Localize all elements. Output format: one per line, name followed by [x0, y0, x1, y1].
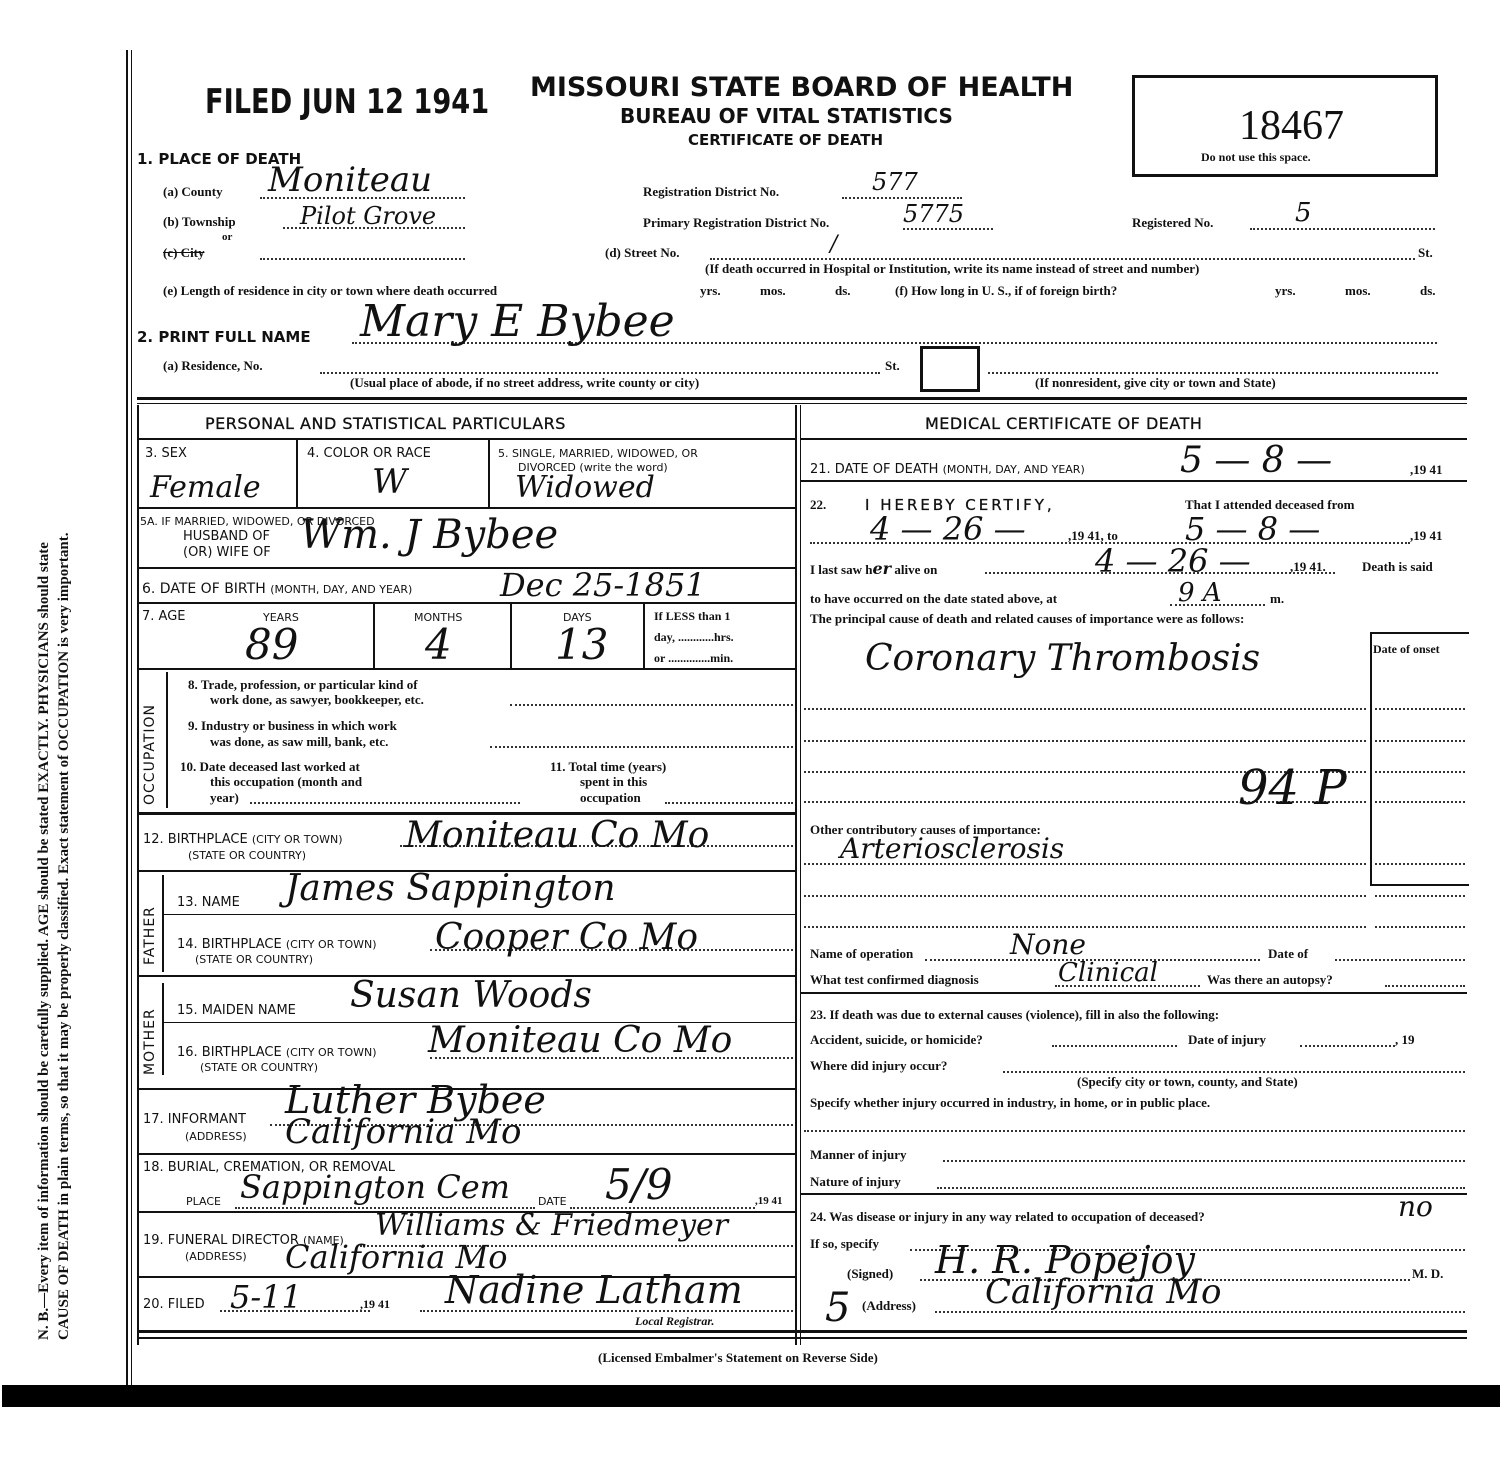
residence-mos: mos. [760, 283, 786, 299]
residence-yrs: yrs. [700, 283, 721, 299]
primary-registration-value[interactable]: 5775 [903, 200, 964, 228]
street-line [710, 258, 1415, 260]
main-top-rule [137, 397, 1467, 400]
md-label: M. D. [1412, 1266, 1443, 1282]
bottom-black-band [2, 1385, 1500, 1407]
m-label: m. [1270, 591, 1284, 607]
divider [373, 604, 375, 668]
operation-label: Name of operation [810, 946, 913, 962]
date-onset-column [1370, 632, 1469, 886]
informant-address-label: (ADDRESS) [185, 1130, 247, 1143]
nature-line[interactable] [937, 1187, 1465, 1189]
operation-date-label: Date of [1268, 946, 1308, 962]
rule [137, 1153, 795, 1155]
last-saw-label: I last saw her alive on [810, 559, 937, 578]
dod-value[interactable]: 5 — 8 — [1180, 440, 1332, 481]
age-years-value[interactable]: 89 [245, 620, 298, 669]
rule [801, 438, 1467, 440]
center-divider-2 [800, 405, 801, 1345]
q24-label: 24. Was disease or injury in any way rel… [810, 1209, 1205, 1225]
other-cause-line-2 [804, 895, 1366, 897]
foreign-yrs: yrs. [1275, 283, 1296, 299]
cause-line-2 [804, 740, 1366, 742]
full-name-value[interactable]: Mary E Bybee [360, 296, 675, 347]
less-than-min: or ..............min. [654, 651, 733, 666]
q10-label-3: year) [210, 790, 239, 806]
dod-label: 21. DATE OF DEATH (MONTH, DAY, AND YEAR) [810, 462, 1085, 477]
attended-from-value[interactable]: 4 — 26 — [870, 510, 1026, 548]
mother-side-label: MOTHER [142, 1008, 158, 1075]
onset-line-6 [1375, 895, 1465, 897]
registration-district-value[interactable]: 577 [872, 168, 918, 196]
q9-line[interactable] [490, 746, 793, 748]
embalmer-note: (Licensed Embalmer's Statement on Revers… [598, 1350, 878, 1366]
occupation-side-label: OCCUPATION [142, 704, 158, 805]
registrar-value[interactable]: Nadine Latham [445, 1268, 743, 1312]
q10-label-1: 10. Date deceased last worked at [180, 759, 360, 775]
registered-no-line [1250, 228, 1435, 230]
q23-label: 23. If death was due to external causes … [810, 1007, 1219, 1023]
filed-label: 20. FILED [143, 1297, 205, 1312]
informant-address-value[interactable]: California Mo [285, 1112, 521, 1152]
left-border-inner [131, 50, 132, 1390]
age-label: 7. AGE [142, 609, 186, 624]
rule [137, 507, 795, 509]
street-value[interactable]: / [830, 232, 837, 257]
marital-value[interactable]: Widowed [515, 470, 655, 505]
nonresident-note: (If nonresident, give city or town and S… [1035, 375, 1276, 391]
onset-line-5 [1375, 863, 1465, 865]
rule [801, 1193, 1467, 1195]
mother-birthplace-sub: (STATE OR COUNTRY) [200, 1061, 318, 1074]
medical-heading: MEDICAL CERTIFICATE OF DEATH [925, 414, 1202, 433]
q22-number: 22. [810, 497, 826, 513]
father-birthplace-label: 14. BIRTHPLACE (CITY OR TOWN) [177, 937, 377, 952]
onset-line-4 [1375, 801, 1465, 803]
bottom-rule-2 [137, 1337, 1467, 1339]
accident-label: Accident, suicide, or homicide? [810, 1032, 983, 1048]
spouse-label-2: HUSBAND OF [183, 529, 270, 544]
spouse-value[interactable]: Wm. J Bybee [300, 512, 558, 558]
mother-name-value[interactable]: Susan Woods [350, 975, 592, 1016]
less-than-day-label: If LESS than 1 [654, 609, 730, 624]
full-name-label: 2. PRINT FULL NAME [137, 328, 311, 346]
q11-line[interactable] [665, 802, 793, 804]
autopsy-label: Was there an autopsy? [1207, 972, 1333, 988]
q8-line[interactable] [510, 704, 793, 706]
occurred-label: to have occurred on the date stated abov… [810, 591, 1057, 607]
document-type: CERTIFICATE OF DEATH [688, 131, 883, 149]
burial-date-label: DATE [538, 1195, 567, 1208]
registered-no-value[interactable]: 5 [1295, 198, 1312, 228]
father-side-label: FATHER [142, 906, 158, 965]
bottom-rule [137, 1330, 1467, 1333]
hospital-note: (If death occurred in Hospital or Instit… [705, 261, 1199, 277]
father-name-label: 13. NAME [177, 895, 240, 910]
document-title: MISSOURI STATE BOARD OF HEALTH [530, 72, 1073, 103]
date-onset-label: Date of onset [1373, 642, 1440, 657]
registrar-label: Local Registrar. [635, 1314, 714, 1329]
q11-label-2: spent in this [580, 774, 647, 790]
residence-line [320, 372, 880, 374]
rule [137, 668, 795, 670]
margin-mark: 5 [825, 1285, 850, 1331]
city-line [260, 258, 465, 260]
certificate-number-box: 18467 Do not use this space. [1132, 75, 1438, 177]
rule [801, 480, 1467, 482]
county-value[interactable]: Moniteau [268, 160, 432, 200]
where-note: (Specify city or town, county, and State… [1077, 1074, 1298, 1090]
filed-stamp: FILED JUN 12 1941 [205, 82, 489, 122]
less-than-hrs: day, ............hrs. [654, 630, 734, 645]
city-label: (c) City [163, 245, 205, 261]
where-label: Where did injury occur? [810, 1058, 947, 1074]
father-birthplace-sub: (STATE OR COUNTRY) [195, 953, 313, 966]
residence-box[interactable] [920, 346, 980, 392]
township-value[interactable]: Pilot Grove [300, 202, 436, 230]
where-line[interactable] [1003, 1071, 1465, 1073]
burial-place-label: PLACE [186, 1195, 221, 1208]
divider [162, 983, 164, 1075]
mother-birthplace-value[interactable]: Moniteau Co Mo [428, 1020, 732, 1061]
q24-value[interactable]: no [1398, 1190, 1433, 1223]
center-divider [795, 405, 797, 1345]
primary-registration-line [903, 228, 993, 230]
marital-label-1: 5. SINGLE, MARRIED, WIDOWED, OR [498, 447, 698, 460]
rule [162, 914, 795, 915]
test-label: What test confirmed diagnosis [810, 972, 979, 988]
age-months-value[interactable]: 4 [425, 620, 452, 669]
foreign-ds: ds. [1420, 283, 1436, 299]
left-frame [137, 405, 139, 1345]
accident-line[interactable] [1052, 1045, 1177, 1047]
age-days-value[interactable]: 13 [555, 620, 608, 669]
q9-label-1: 9. Industry or business in which work [188, 718, 397, 734]
nonresident-line [988, 372, 1438, 374]
manner-label: Manner of injury [810, 1147, 907, 1163]
if-so-label: If so, specify [810, 1236, 879, 1252]
onset-line-1 [1375, 708, 1465, 710]
race-label: 4. COLOR OR RACE [307, 446, 431, 461]
signed-label: (Signed) [847, 1266, 893, 1282]
left-border [126, 50, 128, 1390]
father-birthplace-value[interactable]: Cooper Co Mo [435, 917, 698, 958]
or-label: or [222, 231, 232, 243]
funeral-address-label: (ADDRESS) [185, 1250, 247, 1263]
county-label: (a) County [163, 184, 223, 200]
q9-label-2: was done, as saw mill, bank, etc. [210, 734, 388, 750]
last-saw-value[interactable]: 4 — 26 — [1095, 542, 1251, 580]
q10-label-2: this occupation (month and [210, 774, 362, 790]
q11-label-3: occupation [580, 790, 641, 806]
manner-line[interactable] [943, 1160, 1465, 1162]
margin-note-line-1: N. B.—Every item of information should b… [34, 533, 54, 1340]
dob-value[interactable]: Dec 25-1851 [500, 566, 706, 604]
rule [801, 992, 1467, 994]
residence-label: (a) Residence, No. [163, 358, 263, 374]
q10-line[interactable] [250, 802, 520, 804]
mother-name-label: 15. MAIDEN NAME [177, 1003, 296, 1018]
document-subtitle: BUREAU OF VITAL STATISTICS [620, 104, 953, 128]
signer-address-label: (Address) [862, 1298, 916, 1314]
sex-value[interactable]: Female [150, 470, 261, 505]
burial-year: ,19 41 [755, 1195, 783, 1207]
sex-label: 3. SEX [145, 446, 187, 461]
divider [643, 604, 645, 668]
foreign-mos: mos. [1345, 283, 1371, 299]
primary-registration-label: Primary Registration District No. [643, 215, 829, 231]
birthplace-label: 12. BIRTHPLACE (CITY OR TOWN) [143, 832, 343, 847]
injury-date-line[interactable] [1300, 1045, 1395, 1047]
residence-ds: ds. [835, 283, 851, 299]
street-st-label: St. [1418, 245, 1433, 261]
margin-instructions: N. B.—Every item of information should b… [34, 533, 74, 1340]
certificate-number: 18467 [1239, 102, 1344, 150]
specify-line[interactable] [804, 1130, 1465, 1132]
burial-place-value[interactable]: Sappington Cem [240, 1168, 510, 1206]
attended-to-year: ,19 41 [1410, 528, 1443, 544]
divider [166, 672, 168, 808]
margin-note-line-2: CAUSE OF DEATH in plain terms, so that i… [54, 533, 74, 1340]
time-value[interactable]: 9 A [1178, 578, 1222, 608]
other-causes-value[interactable]: Arteriosclerosis [840, 832, 1064, 865]
principal-cause-value[interactable]: Coronary Thrombosis [865, 638, 1260, 679]
margin-annotation: 94 P [1238, 760, 1347, 816]
onset-line-7 [1375, 926, 1465, 928]
residence-st-label: St. [885, 358, 900, 374]
race-value[interactable]: W [372, 462, 407, 502]
other-cause-line-1 [804, 863, 1366, 865]
residence-note: (Usual place of abode, if no street addr… [350, 375, 699, 391]
principal-cause-label: The principal cause of death and related… [810, 611, 1244, 627]
mother-birthplace-label: 16. BIRTHPLACE (CITY OR TOWN) [177, 1045, 377, 1060]
injury-year-label: , 19 [1395, 1032, 1415, 1048]
dob-label: 6. DATE OF BIRTH (MONTH, DAY, AND YEAR) [142, 581, 412, 597]
nature-label: Nature of injury [810, 1174, 901, 1190]
foreign-birth-label: (f) How long in U. S., if of foreign bir… [895, 283, 1117, 299]
informant-label: 17. INFORMANT [143, 1112, 246, 1127]
divider [510, 604, 512, 668]
operation-value[interactable]: None [1010, 928, 1086, 961]
signer-address-value[interactable]: California Mo [985, 1272, 1221, 1312]
autopsy-line[interactable] [1385, 985, 1465, 987]
operation-date-line [1335, 959, 1465, 961]
onset-line-2 [1375, 740, 1465, 742]
test-value[interactable]: Clinical [1058, 958, 1158, 988]
registered-no-label: Registered No. [1132, 215, 1213, 231]
last-saw-year: ,19 41. [1290, 559, 1326, 575]
birthplace-value[interactable]: Moniteau Co Mo [405, 815, 709, 856]
registration-district-line [842, 197, 962, 199]
township-label: (b) Township [163, 214, 236, 230]
filed-date-value[interactable]: 5-11 [230, 1278, 302, 1316]
rule [137, 602, 795, 604]
specify-whether-label: Specify whether injury occurred in indus… [810, 1095, 1210, 1111]
injury-date-label: Date of injury [1188, 1032, 1266, 1048]
onset-line-3 [1375, 771, 1465, 773]
q8-label-2: work done, as sawyer, bookkeeper, etc. [210, 692, 424, 708]
main-top-rule-2 [137, 403, 1467, 404]
registration-district-label: Registration District No. [643, 184, 779, 200]
rule [137, 438, 795, 440]
q8-label-1: 8. Trade, profession, or particular kind… [188, 677, 418, 693]
cause-line-1 [804, 708, 1366, 710]
divider [162, 875, 164, 972]
dod-year: ,19 41 [1410, 462, 1443, 478]
filed-year: ,19 41 [360, 1297, 390, 1312]
q11-label-1: 11. Total time (years) [550, 759, 666, 775]
do-not-use-note: Do not use this space. [1201, 150, 1311, 165]
birthplace-sub: (STATE OR COUNTRY) [188, 849, 306, 862]
father-name-value[interactable]: James Sappington [285, 868, 616, 909]
divider [488, 440, 490, 507]
burial-date-value[interactable]: 5/9 [605, 1160, 673, 1209]
death-said-label: Death is said [1362, 559, 1433, 575]
divider [296, 440, 298, 507]
personal-heading: PERSONAL AND STATISTICAL PARTICULARS [205, 414, 566, 433]
spouse-label-3: (OR) WIFE OF [183, 545, 271, 560]
street-label: (d) Street No. [605, 245, 680, 261]
